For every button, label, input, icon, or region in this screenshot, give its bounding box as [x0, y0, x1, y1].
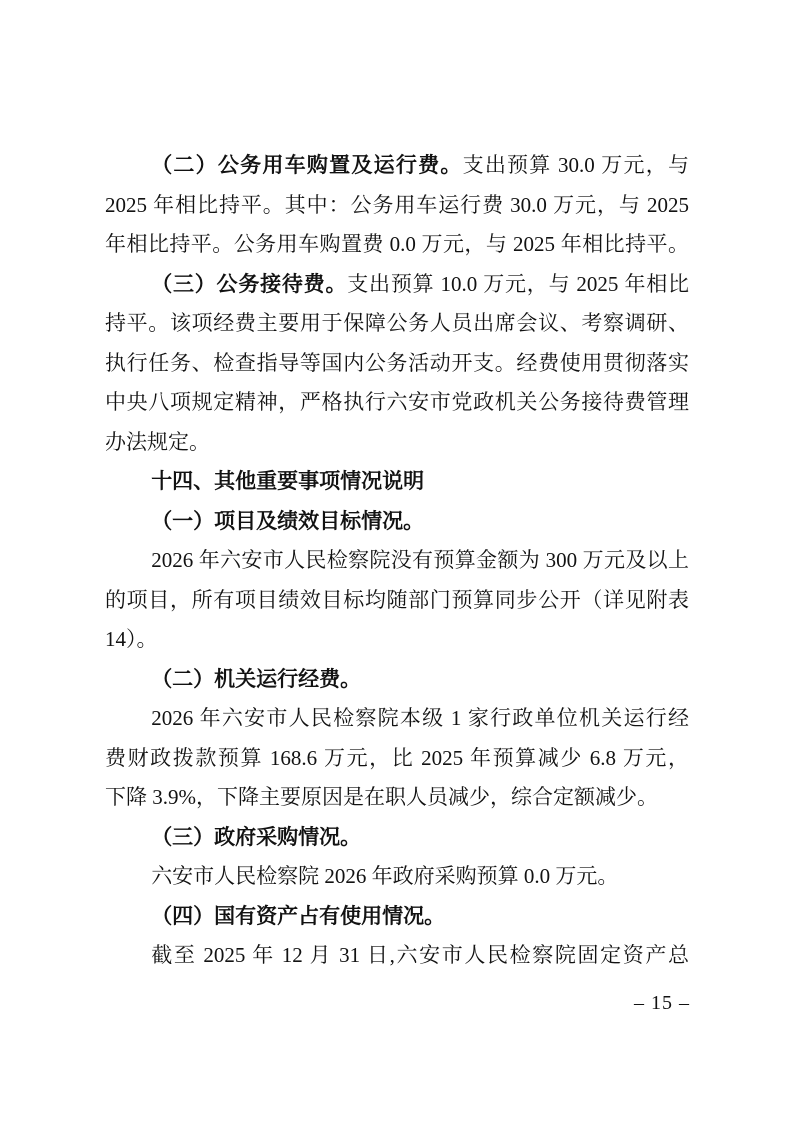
para-operating-line-1: 2026 年六安市人民检察院本级 1 家行政单位机关运行经: [105, 699, 689, 739]
para-assets-line-1: 截至 2025 年 12 月 31 日,六安市人民检察院固定资产总: [105, 936, 689, 976]
heading-other-matters: 十四、其他重要事项情况说明: [151, 469, 424, 493]
subsection-heading-3: （三）政府采购情况。: [105, 818, 689, 858]
subsection-heading-4: （四）国有资产占有使用情况。: [105, 897, 689, 937]
para-reception-fee-line-3: 执行任务、检查指导等国内公务活动开支。经费使用贯彻落实: [105, 344, 689, 384]
text-segment: 截至 2025 年 12 月 31 日,六安市人民检察院固定资产总: [151, 943, 689, 967]
para-vehicle-budget-line-2: 2025 年相比持平。其中：公务用车运行费 30.0 万元，与 2025: [105, 186, 689, 226]
document-page: （二）公务用车购置及运行费。支出预算 30.0 万元，与 2025 年相比持平。…: [0, 0, 793, 1122]
text-segment: 2026 年六安市人民检察院没有预算金额为 300 万元及以上: [151, 548, 689, 572]
para-project-line-1: 2026 年六安市人民检察院没有预算金额为 300 万元及以上: [105, 541, 689, 581]
para-project-line-2: 的项目，所有项目绩效目标均随部门预算同步公开（详见附表: [105, 581, 689, 621]
para-vehicle-budget-line-1: （二）公务用车购置及运行费。支出预算 30.0 万元，与: [105, 146, 689, 186]
heading-gov-procurement: （三）政府采购情况。: [151, 825, 361, 849]
text-segment: 的项目，所有项目绩效目标均随部门预算同步公开（详见附表: [105, 588, 689, 612]
text-segment: 持平。该项经费主要用于保障公务人员出席会议、考察调研、: [105, 311, 689, 335]
heading-project-performance: （一）项目及绩效目标情况。: [151, 509, 424, 533]
text-segment: 中央八项规定精神，严格执行六安市党政机关公务接待费管理: [105, 390, 689, 414]
para-reception-fee-line-5: 办法规定。: [105, 423, 689, 463]
text-segment: 费财政拨款预算 168.6 万元，比 2025 年预算减少 6.8 万元，: [105, 746, 689, 770]
heading-state-assets: （四）国有资产占有使用情况。: [151, 904, 445, 928]
text-segment: 年相比持平。公务用车购置费 0.0 万元，与 2025 年相比持平。: [105, 232, 689, 256]
para-project-line-3: 14）。: [105, 620, 689, 660]
para-reception-fee-line-2: 持平。该项经费主要用于保障公务人员出席会议、考察调研、: [105, 304, 689, 344]
text-segment: 14）。: [105, 627, 158, 651]
bold-lead-vehicle-budget: （二）公务用车购置及运行费。: [151, 153, 462, 177]
text-segment: 下降 3.9%，下降主要原因是在职人员减少，综合定额减少。: [105, 785, 658, 809]
text-segment: 执行任务、检查指导等国内公务活动开支。经费使用贯彻落实: [105, 351, 689, 375]
text-segment: 支出预算 30.0 万元，与: [463, 153, 689, 177]
para-reception-fee-line-1: （三）公务接待费。支出预算 10.0 万元，与 2025 年相比: [105, 265, 689, 305]
section-heading-14: 十四、其他重要事项情况说明: [105, 462, 689, 502]
para-operating-line-3: 下降 3.9%，下降主要原因是在职人员减少，综合定额减少。: [105, 778, 689, 818]
text-segment: 2026 年六安市人民检察院本级 1 家行政单位机关运行经: [151, 706, 689, 730]
para-operating-line-2: 费财政拨款预算 168.6 万元，比 2025 年预算减少 6.8 万元，: [105, 739, 689, 779]
heading-operating-funds: （二）机关运行经费。: [151, 667, 361, 691]
para-reception-fee-line-4: 中央八项规定精神，严格执行六安市党政机关公务接待费管理: [105, 383, 689, 423]
para-vehicle-budget-line-3: 年相比持平。公务用车购置费 0.0 万元，与 2025 年相比持平。: [105, 225, 689, 265]
document-body: （二）公务用车购置及运行费。支出预算 30.0 万元，与 2025 年相比持平。…: [105, 146, 689, 976]
subsection-heading-2: （二）机关运行经费。: [105, 660, 689, 700]
bold-lead-reception-fee: （三）公务接待费。: [151, 272, 347, 296]
text-segment: 六安市人民检察院 2026 年政府采购预算 0.0 万元。: [151, 864, 618, 888]
text-segment: 办法规定。: [105, 430, 210, 454]
text-segment: 支出预算 10.0 万元，与 2025 年相比: [347, 272, 689, 296]
page-number: – 15 –: [634, 991, 690, 1015]
subsection-heading-1: （一）项目及绩效目标情况。: [105, 502, 689, 542]
text-segment: 2025 年相比持平。其中：公务用车运行费 30.0 万元，与 2025: [105, 193, 689, 217]
para-procurement-line-1: 六安市人民检察院 2026 年政府采购预算 0.0 万元。: [105, 857, 689, 897]
